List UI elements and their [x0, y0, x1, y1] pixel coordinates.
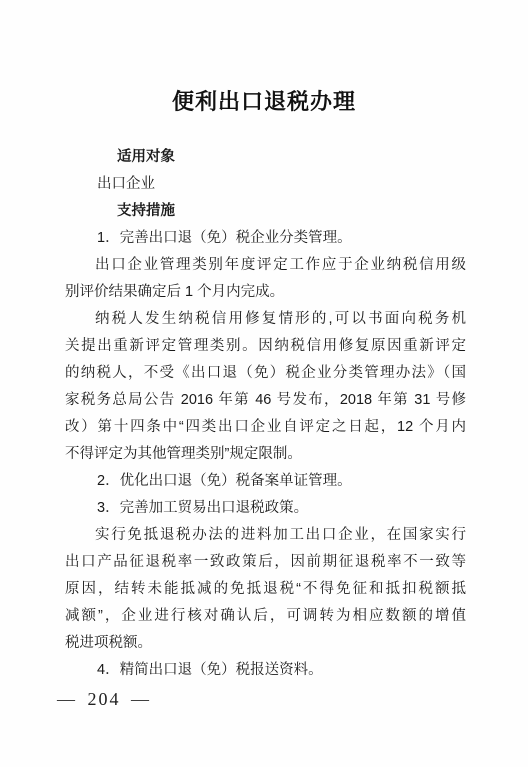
text-line: 出口企业管理类别年度评定工作应于企业纳税信用级	[65, 252, 466, 279]
text-line: 实行免抵退税办法的进料加工出口企业，在国家实行	[65, 522, 466, 549]
text-line: 税进项税额。	[65, 630, 466, 657]
section-heading: 适用对象	[65, 144, 466, 171]
page-number: — 204 —	[57, 689, 151, 709]
measure-item: 4．精简出口退（免）税报送资料。	[65, 657, 466, 684]
document-body: 适用对象 出口企业 支持措施 1．完善出口退（免）税企业分类管理。 出口企业管理…	[65, 144, 466, 684]
text-line: 家税务总局公告 2016 年第 46 号发布，2018 年第 31 号修	[65, 387, 466, 414]
text-line: 别评价结果确定后 1 个月内完成。	[65, 279, 466, 306]
measure-item: 1．完善出口退（免）税企业分类管理。	[65, 225, 466, 252]
text-line: 改）第十四条中“四类出口企业自评定之日起，12 个月内	[65, 414, 466, 441]
document-page: 便利出口退税办理 适用对象 出口企业 支持措施 1．完善出口退（免）税企业分类管…	[0, 0, 528, 767]
measure-item: 2．优化出口退（免）税备案单证管理。	[65, 468, 466, 495]
text-line: 出口产品征退税率一致政策后，因前期征退税率不一致等	[65, 549, 466, 576]
section-heading: 支持措施	[65, 198, 466, 225]
text-line: 关提出重新评定管理类别。因纳税信用修复原因重新评定	[65, 333, 466, 360]
text-line: 减额”，企业进行核对确认后，可调转为相应数额的增值	[65, 603, 466, 630]
text-line: 原因，结转未能抵减的免抵退税“不得免征和抵扣税额抵	[65, 576, 466, 603]
page-title: 便利出口退税办理	[0, 88, 528, 116]
text-line: 出口企业	[65, 171, 466, 198]
text-line: 不得评定为其他管理类别”规定限制。	[65, 441, 466, 468]
text-line: 的纳税人，不受《出口退（免）税企业分类管理办法》（国	[65, 360, 466, 387]
measure-item: 3．完善加工贸易出口退税政策。	[65, 495, 466, 522]
text-line: 纳税人发生纳税信用修复情形的,可以书面向税务机	[65, 306, 466, 333]
